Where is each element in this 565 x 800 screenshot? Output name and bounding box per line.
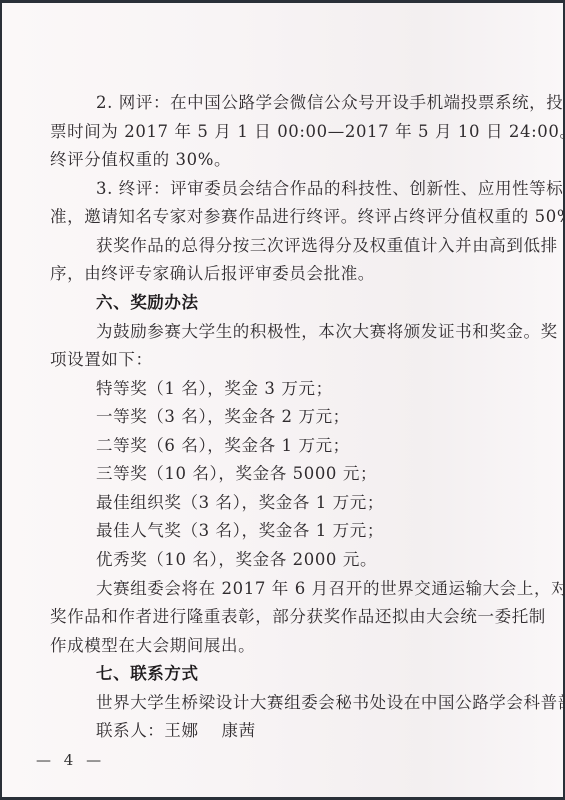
award-item: 最佳组织奖（3 名），奖金各 1 万元；	[96, 493, 565, 513]
section-heading-contact: 七、联系方式	[96, 664, 565, 684]
paragraph-line: 奖作品和作者进行隆重表彰，部分获奖作品还拟由大会统一委托制	[50, 607, 520, 627]
paragraph-line: 项设置如下：	[50, 350, 520, 370]
paragraph-line: 为鼓励参赛大学生的积极性，本次大赛将颁发证书和奖金。奖	[96, 322, 565, 342]
paragraph-line: 终评分值权重的 30%。	[50, 150, 520, 170]
paragraph-line: 序，由终评专家确认后报评审委员会批准。	[50, 264, 520, 284]
document-page: 2. 网评：在中国公路学会微信公众号开设手机端投票系统，投 票时间为 2017 …	[2, 3, 563, 797]
award-item: 二等奖（6 名），奖金各 1 万元；	[96, 436, 565, 456]
paragraph-line: 大赛组委会将在 2017 年 6 月召开的世界交通运输大会上，对获	[96, 579, 565, 599]
contact-line: 联系人：王娜 康茜	[96, 721, 565, 741]
page-number: — 4 —	[36, 751, 105, 769]
award-item: 三等奖（10 名），奖金各 5000 元；	[96, 464, 565, 484]
award-item: 最佳人气奖（3 名），奖金各 1 万元；	[96, 521, 565, 541]
paragraph-line: 准，邀请知名专家对参赛作品进行终评。终评占终评分值权重的 50%。	[50, 207, 520, 227]
award-item: 一等奖（3 名），奖金各 2 万元；	[96, 407, 565, 427]
paragraph-line: 作成模型在大会期间展出。	[50, 636, 520, 656]
award-item: 特等奖（1 名），奖金 3 万元；	[96, 379, 565, 399]
paragraph-line: 获奖作品的总得分按三次评选得分及权重值计入并由高到低排	[96, 236, 565, 256]
paragraph-line: 2. 网评：在中国公路学会微信公众号开设手机端投票系统，投	[96, 93, 565, 113]
contact-line: 世界大学生桥梁设计大赛组委会秘书处设在中国公路学会科普部	[96, 693, 565, 713]
award-item: 优秀奖（10 名），奖金各 2000 元。	[96, 550, 565, 570]
section-heading-awards: 六、奖励办法	[96, 293, 565, 313]
paragraph-line: 票时间为 2017 年 5 月 1 日 00:00—2017 年 5 月 10 …	[50, 122, 520, 142]
paragraph-line: 3. 终评：评审委员会结合作品的科技性、创新性、应用性等标	[96, 179, 565, 199]
